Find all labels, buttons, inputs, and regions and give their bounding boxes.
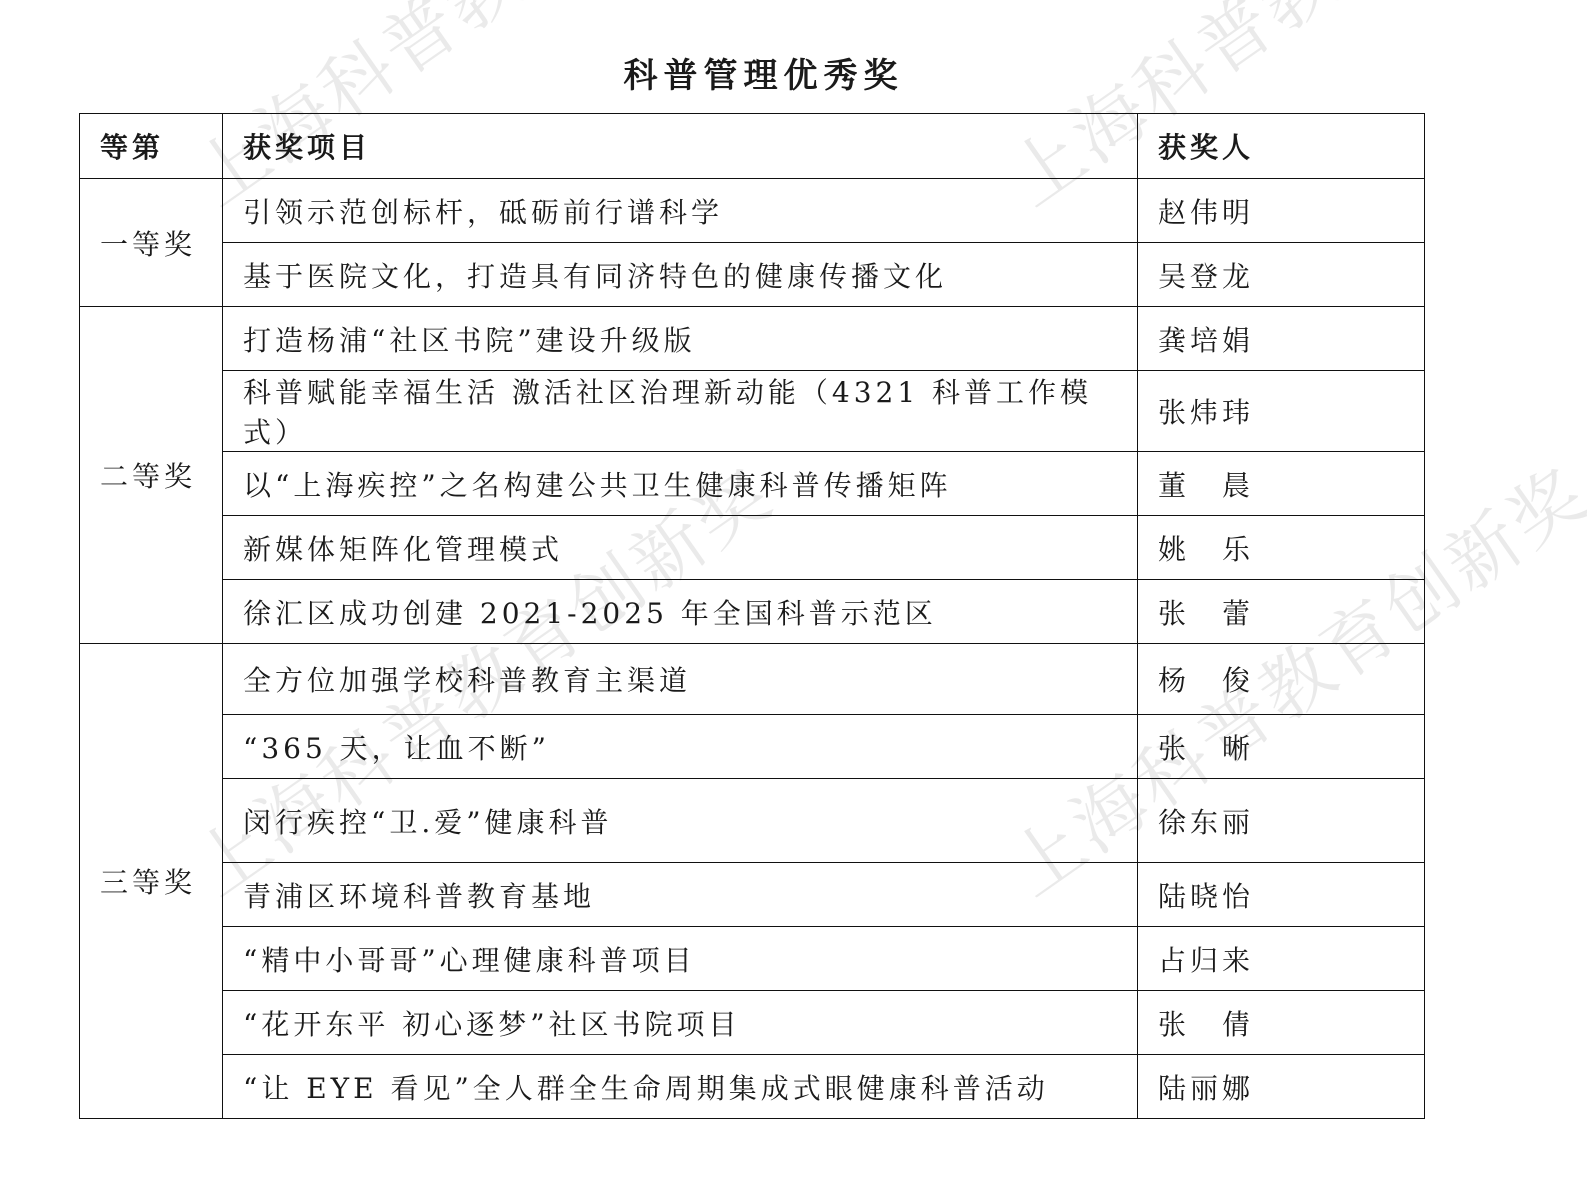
table-row: “花开东平 初心逐梦”社区书院项目 张 倩	[80, 991, 1425, 1055]
project-cell: “365 天，让血不断”	[223, 715, 1138, 779]
award-level-cell: 一等奖	[80, 179, 223, 307]
person-cell: 龚培娟	[1138, 307, 1425, 371]
header-project: 获奖项目	[223, 114, 1138, 179]
person-cell: 姚 乐	[1138, 516, 1425, 580]
table-row: 闵行疾控“卫.爱”健康科普 徐东丽	[80, 779, 1425, 863]
table-row: 新媒体矩阵化管理模式 姚 乐	[80, 516, 1425, 580]
project-cell: 打造杨浦“社区书院”建设升级版	[223, 307, 1138, 371]
project-cell: 闵行疾控“卫.爱”健康科普	[223, 779, 1138, 863]
person-cell: 徐东丽	[1138, 779, 1425, 863]
person-cell: 杨 俊	[1138, 644, 1425, 715]
table-row: “365 天，让血不断” 张 晰	[80, 715, 1425, 779]
person-cell: 董 晨	[1138, 452, 1425, 516]
table-row: 一等奖 引领示范创标杆，砥砺前行谱科学 赵伟明	[80, 179, 1425, 243]
table-row: “精中小哥哥”心理健康科普项目 占归来	[80, 927, 1425, 991]
table-header-row: 等第 获奖项目 获奖人	[80, 114, 1425, 179]
table-row: 青浦区环境科普教育基地 陆晓怡	[80, 863, 1425, 927]
project-cell: 徐汇区成功创建 2021-2025 年全国科普示范区	[223, 580, 1138, 644]
awards-table: 等第 获奖项目 获奖人 一等奖 引领示范创标杆，砥砺前行谱科学 赵伟明 基于医院…	[79, 113, 1425, 1119]
project-cell: 引领示范创标杆，砥砺前行谱科学	[223, 179, 1138, 243]
table-row: 二等奖 打造杨浦“社区书院”建设升级版 龚培娟	[80, 307, 1425, 371]
project-cell: 基于医院文化，打造具有同济特色的健康传播文化	[223, 243, 1138, 307]
project-cell: 青浦区环境科普教育基地	[223, 863, 1138, 927]
table-row: 徐汇区成功创建 2021-2025 年全国科普示范区 张 蕾	[80, 580, 1425, 644]
person-cell: 张 晰	[1138, 715, 1425, 779]
person-cell: 陆丽娜	[1138, 1055, 1425, 1119]
project-cell: 全方位加强学校科普教育主渠道	[223, 644, 1138, 715]
header-person: 获奖人	[1138, 114, 1425, 179]
table-row: “让 EYE 看见”全人群全生命周期集成式眼健康科普活动 陆丽娜	[80, 1055, 1425, 1119]
table-row: 三等奖 全方位加强学校科普教育主渠道 杨 俊	[80, 644, 1425, 715]
person-cell: 赵伟明	[1138, 179, 1425, 243]
person-cell: 张 蕾	[1138, 580, 1425, 644]
person-cell: 占归来	[1138, 927, 1425, 991]
project-cell: “花开东平 初心逐梦”社区书院项目	[223, 991, 1138, 1055]
person-cell: 张炜玮	[1138, 371, 1425, 452]
award-level-cell: 二等奖	[80, 307, 223, 644]
table-row: 科普赋能幸福生活 激活社区治理新动能（4321 科普工作模式） 张炜玮	[80, 371, 1425, 452]
project-cell: 新媒体矩阵化管理模式	[223, 516, 1138, 580]
person-cell: 吴登龙	[1138, 243, 1425, 307]
person-cell: 张 倩	[1138, 991, 1425, 1055]
project-cell: 以“上海疾控”之名构建公共卫生健康科普传播矩阵	[223, 452, 1138, 516]
project-cell: 科普赋能幸福生活 激活社区治理新动能（4321 科普工作模式）	[223, 371, 1138, 452]
project-cell: “让 EYE 看见”全人群全生命周期集成式眼健康科普活动	[223, 1055, 1138, 1119]
award-level-cell: 三等奖	[80, 644, 223, 1119]
table-row: 基于医院文化，打造具有同济特色的健康传播文化 吴登龙	[80, 243, 1425, 307]
person-cell: 陆晓怡	[1138, 863, 1425, 927]
header-level: 等第	[80, 114, 223, 179]
project-cell: “精中小哥哥”心理健康科普项目	[223, 927, 1138, 991]
table-row: 以“上海疾控”之名构建公共卫生健康科普传播矩阵 董 晨	[80, 452, 1425, 516]
page-title: 科普管理优秀奖	[0, 48, 1527, 97]
